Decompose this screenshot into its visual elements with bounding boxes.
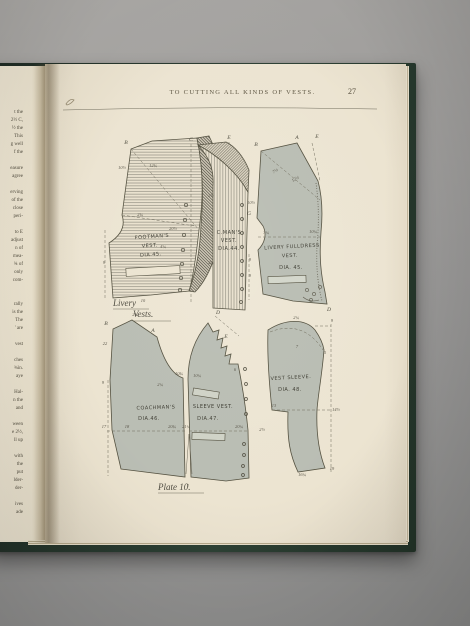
diagram-annotation: 2½ (208, 193, 214, 198)
diagram-annotation: DIA.47. (197, 416, 219, 422)
left-page-text-line (0, 285, 23, 293)
diagram-annotation: G (247, 211, 251, 217)
diagram-annotation: 9 (102, 380, 105, 385)
pocket-welt (268, 275, 306, 283)
diagram-annotation: 2¾ (132, 312, 138, 317)
left-page-text-line: e 2½, (0, 429, 23, 437)
diagram-annotation: 2¼ (293, 315, 299, 320)
pen-mark (66, 100, 74, 106)
left-page-text-line (0, 181, 23, 189)
left-page-text-line: ¾in. (0, 365, 23, 373)
left-page-text-line: agree (0, 173, 23, 181)
diagram-annotation: D (215, 310, 220, 316)
vest-patterns-diagram: FOOTMAN'SVEST.DIA.45.10½12¾2¾20½4¼910BCE… (45, 64, 406, 543)
diagram-annotation: DIA.44. (218, 246, 240, 252)
diagram-annotation: 10¼ (309, 229, 317, 234)
coachmans-vest-front-pattern (186, 316, 249, 481)
diagram-annotation: 2¼ (157, 382, 163, 387)
left-page-text-line: easure (0, 165, 23, 173)
diagram-annotation: 12¾ (149, 163, 157, 168)
left-page-text-line: The (0, 317, 23, 325)
left-page-text-line (0, 293, 23, 301)
label-sleeve-vest: SLEEVE VEST. (193, 404, 233, 410)
diagram-annotation: B (104, 321, 108, 327)
left-page: t the2½ C,½ theThisg wellf theeasureagre… (0, 66, 45, 542)
left-page-text-line (0, 493, 23, 501)
left-page-text-line: ¾ of (0, 261, 23, 269)
diagram-annotation: 9 (331, 318, 334, 323)
left-page-text-line: com- (0, 277, 23, 285)
diagram-annotation: E (223, 334, 228, 340)
left-page-text-line: This (0, 133, 23, 141)
diagram-annotation: 2½ (259, 427, 265, 432)
left-page-text-line: adjust (0, 237, 23, 245)
livery-fulldress-vest-pattern (249, 143, 327, 304)
diagram-annotation: 22 (103, 341, 108, 346)
diagram-annotation: 9 (249, 257, 252, 262)
left-page-text-line: mea- (0, 253, 23, 261)
left-page-text-line: Hal- (0, 389, 23, 397)
left-page-text-line (0, 413, 23, 421)
left-page-text-line: is the (0, 309, 23, 317)
diagram-annotation: 10¾ (175, 371, 183, 376)
left-page-text-line (0, 157, 23, 165)
diagram-annotation: C (189, 137, 193, 143)
diagram-annotation: B (124, 140, 128, 146)
left-page-text-line (0, 221, 23, 229)
left-page-text-line (0, 349, 23, 357)
diagram-annotation: 9 (249, 273, 252, 278)
left-page-text-line: ll up (0, 437, 23, 445)
left-page-text-line: ches (0, 357, 23, 365)
left-page-text-line (0, 333, 23, 341)
left-page-text-line: of the (0, 197, 23, 205)
left-page-text-line: n the (0, 397, 23, 405)
left-page-text-line: 2½ C, (0, 117, 23, 125)
diagram-annotation: DIA.46. (138, 416, 160, 422)
left-page-text-line: and (0, 405, 23, 413)
diagram-annotation: 10½ (118, 165, 126, 170)
diagram-annotation: 10 (141, 298, 146, 303)
left-page-text-line: t the (0, 109, 23, 117)
diagram-annotation: 14½ (332, 407, 340, 412)
left-page-text-line: close (0, 205, 23, 213)
book-photograph: t the2½ C,½ theThisg wellf theeasureagre… (0, 0, 470, 626)
right-page: TO CUTTING ALL KINDS OF VESTS. 27 (45, 64, 406, 543)
left-page-text-line: ' are (0, 325, 23, 333)
left-page-text-line: ½ the (0, 125, 23, 133)
header-rule (63, 108, 377, 110)
diagram-annotation: 4¼ (160, 244, 166, 249)
diagram-annotation: 10¼ (193, 373, 201, 378)
label-cmans-vest: C.MAN'S (217, 230, 242, 236)
diagram-annotation: VEST. (142, 242, 159, 249)
diagram-annotation: 10½ (247, 200, 255, 205)
diagram-annotation: A (294, 135, 299, 141)
left-page-text-line (0, 381, 23, 389)
diagram-annotation: DIA. 48. (278, 387, 302, 393)
waist-pocket-welt (192, 432, 225, 440)
diagram-annotation: VEST. (221, 238, 237, 244)
diagram-annotation: A (150, 328, 155, 334)
left-page-text-line: only (0, 269, 23, 277)
left-page-text-line: n of (0, 245, 23, 253)
diagram-annotation: 3¼ (263, 230, 269, 235)
left-page-text-line: with (0, 453, 23, 461)
diagram-annotation: 2¾ (137, 212, 143, 217)
diagram-annotation: VEST. (282, 253, 299, 260)
left-page-text-line: put (0, 469, 23, 477)
left-page-text-line: ween (0, 421, 23, 429)
diagram-annotation: DIA. 45. (279, 265, 303, 271)
left-page-text-line: vest (0, 341, 23, 349)
caption-plate-10: Plate 10. (157, 482, 191, 492)
diagram-annotation: 20¼ (235, 424, 243, 429)
diagram-annotation: E (314, 134, 319, 140)
left-page-text-line: g well (0, 141, 23, 149)
caption-livery-vests: Livery (112, 298, 136, 308)
diagram-annotation: 19 (330, 466, 335, 471)
diagram-annotation: 5 (324, 350, 327, 355)
diagram-annotation: 20½ (169, 226, 177, 231)
left-page-text-line: aye (0, 373, 23, 381)
left-page-text-line: the (0, 461, 23, 469)
diagram-annotation: E (226, 135, 231, 141)
diagram-annotation: 21¼ (182, 424, 190, 429)
left-page-text-line: ives (0, 501, 23, 509)
diagram-annotation: 16¼ (298, 472, 306, 477)
left-page-text-line: der- (0, 485, 23, 493)
left-page-text-line: rally (0, 301, 23, 309)
diagram-annotation: D (326, 307, 331, 313)
left-page-text-line (0, 445, 23, 453)
left-page-text-line: f the (0, 149, 23, 157)
diagram-annotation: 9 (103, 260, 106, 265)
coachmans-vest-back-pattern (107, 320, 187, 477)
footmans-vest-pattern (105, 136, 224, 298)
left-page-text-line: lder- (0, 477, 23, 485)
left-page-text-line: to E (0, 229, 23, 237)
diagram-annotation: 2¾ (208, 260, 214, 265)
diagram-annotation: 20¾ (168, 424, 176, 429)
vest-sleeve-pattern (268, 321, 331, 472)
left-page-text-column: t the2½ C,½ theThisg wellf theeasureagre… (0, 109, 23, 524)
left-page-text-line: erving (0, 189, 23, 197)
left-page-text-line: ade (0, 509, 23, 517)
diagram-annotation: B (254, 142, 258, 148)
left-page-text-line: peri- (0, 213, 23, 221)
diagram-annotation: 17 (102, 424, 107, 429)
